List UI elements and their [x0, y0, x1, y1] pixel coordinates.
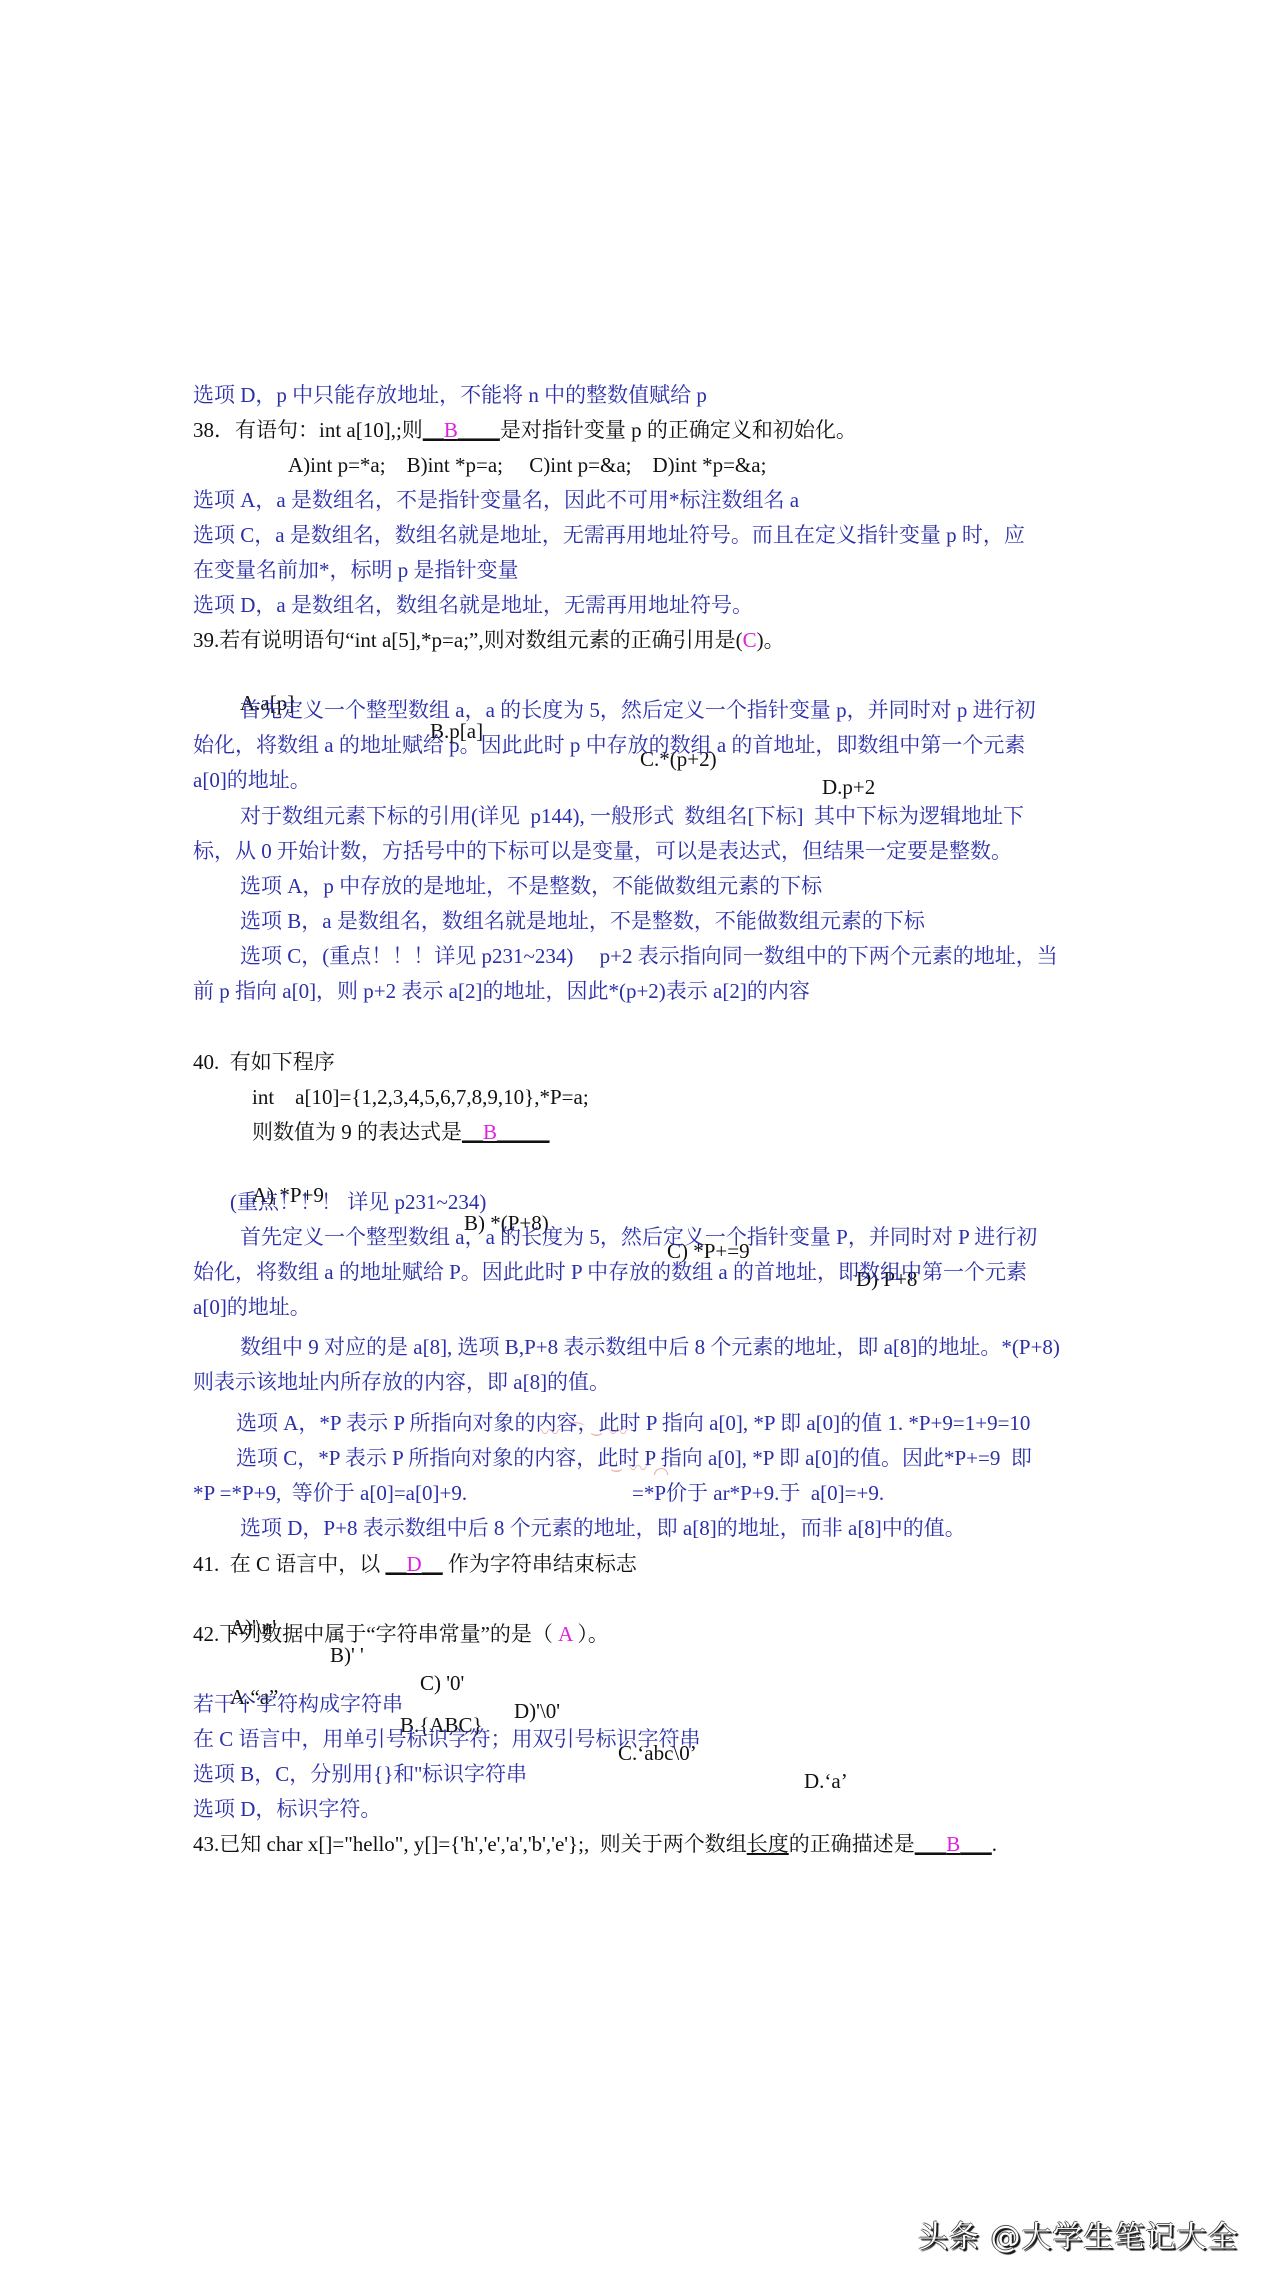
question-text: 则数值为 9 的表达式是	[252, 1120, 462, 1144]
question-38: 38．有语句：int a[10],;则__B____是对指针变量 p 的正确定义…	[193, 416, 857, 444]
question-40-code: int a[10]={1,2,3,4,5,6,7,8,9,10},*P=a;	[252, 1083, 589, 1111]
question-text: 39.若有说明语句“int a[5],*p=a;”,则对数组元素的正确引用是(	[193, 628, 743, 652]
explanation-line: 若干个字符构成字符串	[193, 1690, 403, 1718]
explanation-line: 选项 B，C，分别用{}和''标识字符串	[193, 1760, 527, 1788]
explanation-line: 对于数组元素下标的引用(详见 p144), 一般形式 数组名[下标] 其中下标为…	[240, 802, 1024, 830]
explanation-line: 数组中 9 对应的是 a[8], 选项 B,P+8 表示数组中后 8 个元素的地…	[240, 1333, 1060, 1361]
question-text: 的正确描述是	[789, 1832, 915, 1856]
answer: B	[483, 1120, 497, 1144]
answer: C	[743, 628, 757, 652]
explanation-line: 则表示该地址内所存放的内容，即 a[8]的值。	[193, 1368, 610, 1396]
answer-blank: ___B___	[915, 1832, 992, 1856]
question-42: 42.下列数据中属于“字符串常量”的是（ A ）。	[193, 1620, 609, 1648]
question-40-ask: 则数值为 9 的表达式是__B_____	[252, 1118, 550, 1146]
option-d: D.p+2	[822, 773, 875, 801]
explanation-line: 在 C 语言中，用单引号标识字符；用双引号标识字符串	[193, 1725, 701, 1753]
answer-blank: __B_____	[462, 1120, 550, 1144]
question-text: )。	[757, 628, 785, 652]
explanation-line: 首先定义一个整型数组 a，a 的长度为 5，然后定义一个指针变量 P，并同时对 …	[240, 1223, 1037, 1251]
explanation-line: 选项 A，a 是数组名，不是指针变量名，因此不可用*标注数组名 a	[193, 486, 799, 514]
explanation-line: 标，从 0 开始计数，方括号中的下标可以是变量，可以是表达式，但结果一定要是整数…	[193, 837, 1012, 865]
answer: A	[558, 1622, 572, 1646]
question-text: 作为字符串结束标志	[448, 1552, 637, 1576]
explanation-line: 选项 D，p 中只能存放地址，不能将 n 中的整数值赋给 p	[193, 381, 707, 409]
explanation-line: 选项 C，(重点！！！详见 p231~234) p+2 表示指向同一数组中的下两…	[240, 942, 1058, 970]
handwritten-mark: ⌣ 〰 ⌒	[610, 1452, 669, 1481]
explanation-line: a[0]的地址。	[193, 766, 311, 794]
answer-blank: __B____	[423, 418, 500, 442]
underlined-term: 长度	[747, 1832, 789, 1856]
explanation-line: 始化，将数组 a 的地址赋给 p。因此此时 p 中存放的数组 a 的首地址，即数…	[193, 731, 1025, 759]
explanation-line: 选项 A，*P 表示 P 所指向对象的内容，此时 P 指向 a[0], *P 即…	[236, 1409, 1030, 1437]
question-text: .	[992, 1832, 997, 1856]
explanation-line: 首先定义一个整型数组 a，a 的长度为 5，然后定义一个指针变量 p，并同时对 …	[240, 696, 1036, 724]
explanation-line: (重点！！！ 详见 p231~234)	[230, 1188, 486, 1216]
explanation-line: 选项 D，P+8 表示数组中后 8 个元素的地址，即 a[8]的地址，而非 a[…	[240, 1514, 966, 1542]
explanation-line: 选项 C，a 是数组名，数组名就是地址，无需再用地址符号。而且在定义指针变量 p…	[193, 521, 1025, 549]
question-40-title: 40. 有如下程序	[193, 1048, 335, 1076]
explanation-line: 选项 A，p 中存放的是地址，不是整数，不能做数组元素的下标	[240, 872, 822, 900]
question-text: 42.下列数据中属于“字符串常量”的是（	[193, 1622, 553, 1646]
answer: B	[946, 1832, 960, 1856]
question-text: 43.已知 char x[]="hello", y[]={'h','e','a'…	[193, 1832, 747, 1856]
explanation-line: 选项 D，标识字符。	[193, 1795, 381, 1823]
question-39: 39.若有说明语句“int a[5],*p=a;”,则对数组元素的正确引用是(C…	[193, 626, 785, 654]
question-41: 41. 在 C 语言中，以 __D__ 作为字符串结束标志	[193, 1550, 637, 1578]
question-38-options: A)int p=*a; B)int *p=a; C)int p=&a; D)in…	[288, 451, 766, 479]
question-text: 41. 在 C 语言中，以	[193, 1552, 380, 1576]
answer: D	[407, 1552, 422, 1576]
option-d: D.‘a’	[804, 1767, 848, 1795]
question-text: 38．有语句：int a[10],;则	[193, 418, 423, 442]
explanation-line-overlay: =*P价于 ar*P+9.于 a[0]=+9.	[632, 1479, 884, 1507]
watermark: 头条 @大学生笔记大全	[918, 2212, 1239, 2256]
handwritten-mark: 〰 ⌒ ⌣ 〰	[540, 1416, 628, 1445]
explanation-line: 选项 D，a 是数组名，数组名就是地址，无需再用地址符号。	[193, 591, 753, 619]
explanation-line: 选项 B，a 是数组名，数组名就是地址，不是整数，不能做数组元素的下标	[240, 907, 925, 935]
question-text: 是对指针变量 p 的正确定义和初始化。	[500, 418, 857, 442]
explanation-line: a[0]的地址。	[193, 1293, 311, 1321]
answer: B	[444, 418, 458, 442]
question-43: 43.已知 char x[]="hello", y[]={'h','e','a'…	[193, 1830, 997, 1858]
answer-blank: __D__	[386, 1552, 443, 1576]
explanation-line: 前 p 指向 a[0]，则 p+2 表示 a[2]的地址，因此*(p+2)表示 …	[193, 977, 810, 1005]
explanation-line: *P =*P+9, 等价于 a[0]=a[0]+9.	[193, 1479, 467, 1507]
explanation-line: 始化，将数组 a 的地址赋给 P。因此此时 P 中存放的数组 a 的首地址，即数…	[193, 1258, 1027, 1286]
explanation-line: 在变量名前加*，标明 p 是指针变量	[193, 556, 519, 584]
question-text: ）。	[577, 1622, 609, 1646]
